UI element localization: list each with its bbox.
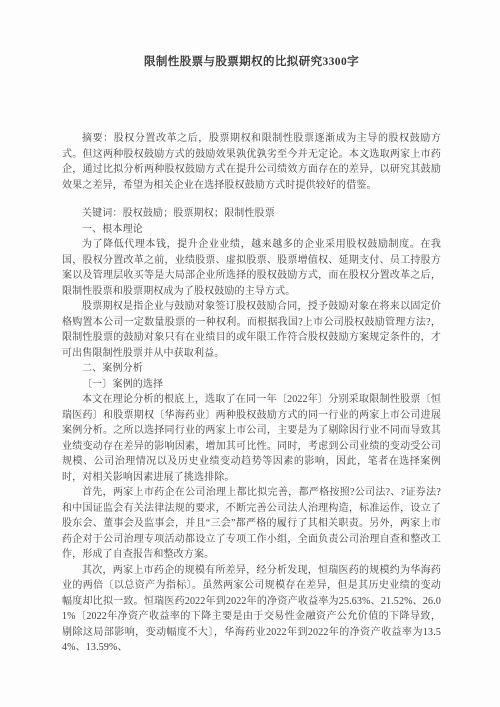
body-paragraph-scale-comparison: 其次，两家上市药企的规模有所差异，经分析发现，恒瑞医药的规模约为华海药业的两倍〔… [62,563,441,656]
body-paragraph-stock-option-definition: 股票期权是指企业与鼓励对象签订股权鼓励合同，授予鼓励对象在将来以固定价格购置本公… [62,299,441,361]
abstract-paragraph: 摘要：股权分置改革之后，股票期权和限制性股票逐渐成为主导的股权鼓励方式。但这两种… [62,131,441,193]
body-paragraph-case-selection: 本文在理论分析的根底上，选取了在同一年〔2022年〕分别采取限制性股票〔恒瑞医药… [62,392,441,485]
section-heading-basic-theory: 一、根本理论 [62,222,441,238]
body-paragraph-incentive-methods: 为了降低代理本钱，提升企业业绩，越来越多的企业采用股权鼓励制度。在我国，股权分置… [62,237,441,299]
body-paragraph-governance: 首先，两家上市药企在公司治理上都比拟完善，都严格按照?公司法?、?证券法?和中国… [62,485,441,563]
keywords-line: 关键词：股权鼓励；股票期权；限制性股票 [62,206,441,222]
document-page: 限制性股票与股票期权的比拟研究3300字 摘要：股权分置改革之后，股票期权和限制… [0,0,500,707]
section-heading-case-analysis: 二、案例分析 [62,361,441,377]
subsection-heading-case-selection: 〔一〕案例的选择 [62,377,441,393]
document-title: 限制性股票与股票期权的比拟研究3300字 [62,55,441,70]
